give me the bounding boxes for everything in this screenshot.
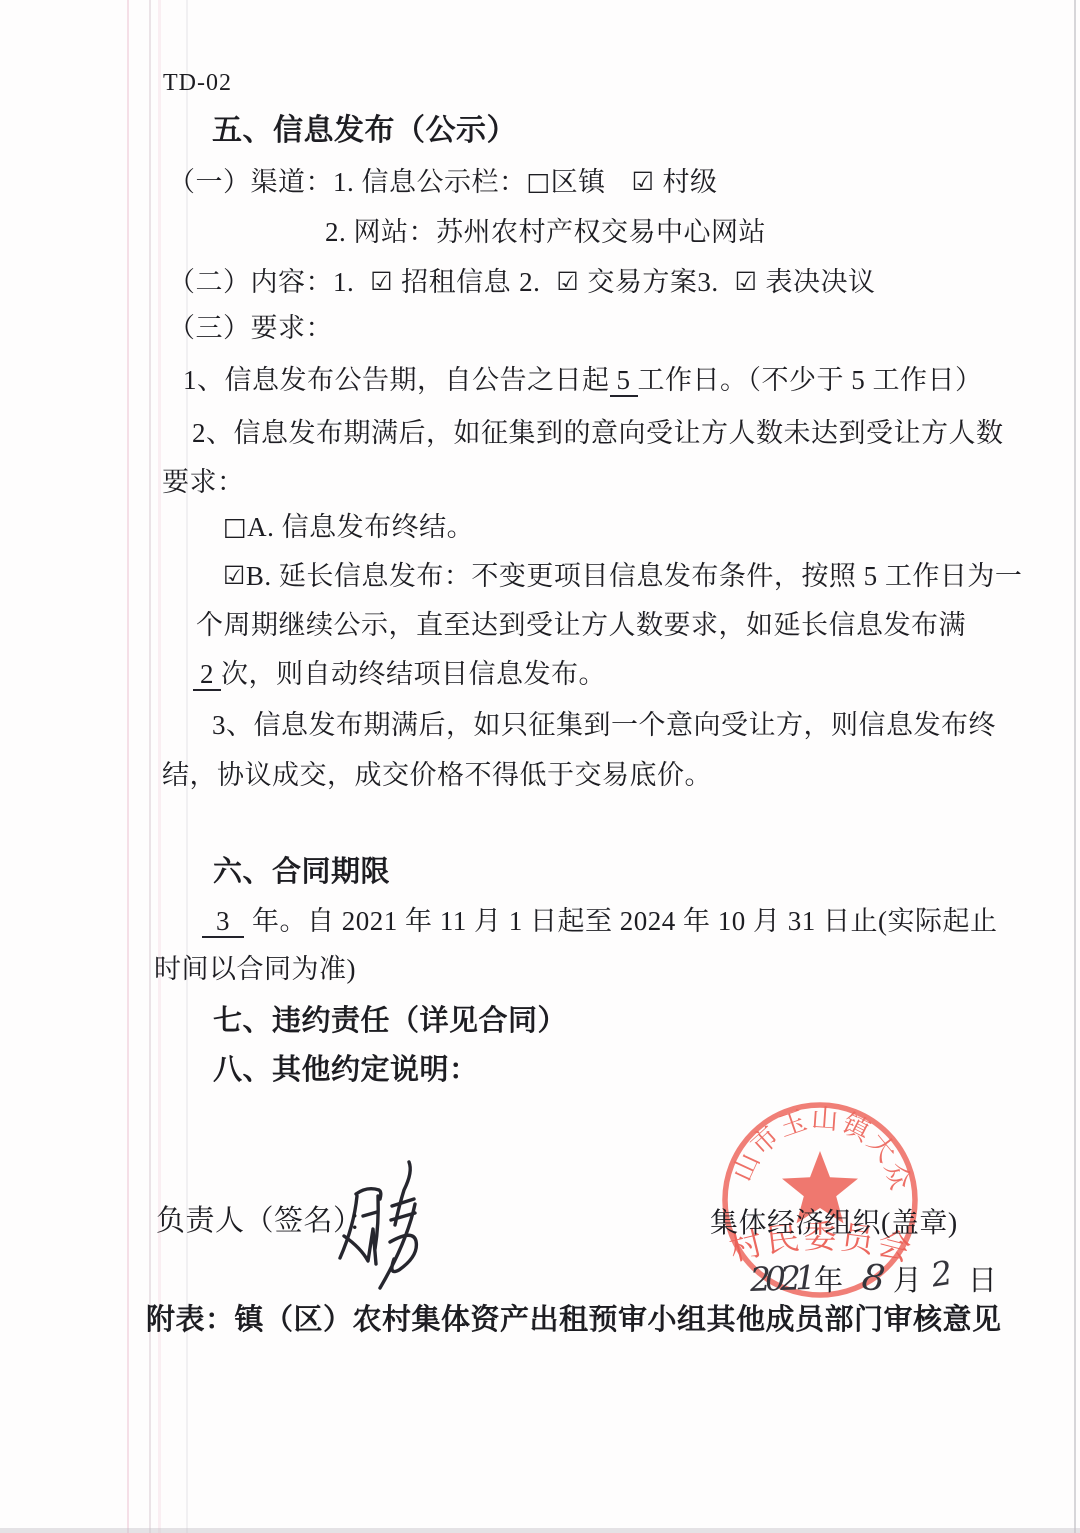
option-b-text1: B. 延长信息发布：不变更项目信息发布条件，按照 5 工作日为一 [246, 561, 1023, 591]
term-years-value: 3 [202, 908, 244, 938]
term-line1-post: 年。自 2021 年 11 月 1 日起至 2024 年 10 月 31 日止(… [252, 906, 998, 936]
date-year-handwritten: 2021 [749, 1257, 810, 1300]
date-year-unit: 年 [814, 1265, 844, 1297]
content-prefix: （二）内容：1. [168, 267, 354, 297]
option-a-line: □A. 信息发布终结。 [223, 511, 474, 545]
section8-heading: 八、其他约定说明： [213, 1052, 479, 1088]
checkbox-option-a-unchecked: □ [223, 512, 247, 541]
require-item1-post: 工作日。（不少于 5 工作日） [638, 365, 983, 395]
channel-website-line: 2. 网站：苏州农村产权交易中心网站 [325, 216, 766, 250]
option-b-text3: 次，则自动终结项目信息发布。 [221, 659, 606, 689]
signer-label: 负责人（签名）： [156, 1203, 378, 1239]
channel-option-town: 区镇 [551, 167, 606, 197]
date-day-handwritten: 2 [929, 1252, 957, 1296]
checkbox-option-b-checked: ☑ [223, 561, 246, 590]
content-line: （二）内容：1.☑招租信息2.☑交易方案3.☑表决决议 [168, 266, 876, 300]
section7-heading: 七、违约责任（详见合同） [213, 1003, 567, 1039]
page-right-edge [1074, 0, 1076, 1533]
form-code: TD-02 [163, 68, 232, 98]
checkbox-item2-checked: ☑ [556, 267, 579, 296]
require-item3-line2: 结，协议成交，成交价格不得低于交易底价。 [162, 759, 712, 793]
content-num3: 3. [697, 267, 718, 297]
option-b-line2: 个周期继续公示，直至达到受让方人数要求，如延长信息发布满 [196, 609, 966, 643]
content-item1: 招租信息 [401, 267, 511, 297]
date-day-unit: 日 [968, 1265, 998, 1297]
require-item1: 1、信息发布公告期，自公告之日起5工作日。（不少于 5 工作日） [183, 364, 983, 398]
page-bottom-shadow [0, 1528, 1080, 1533]
option-a-text: A. 信息发布终结。 [247, 512, 474, 542]
term-line1: 3年。自 2021 年 11 月 1 日起至 2024 年 10 月 31 日止… [202, 905, 998, 939]
require-item2-line2: 要求： [162, 466, 245, 500]
channel-option-village: 村级 [663, 167, 718, 197]
channel-prefix: （一）渠道：1. 信息公示栏： [168, 167, 527, 197]
content-num2: 2. [519, 267, 540, 297]
org-stamp-label: 集体经济组织(盖章) [710, 1206, 958, 1241]
extend-times-value: 2 [193, 661, 221, 691]
checkbox-item3-checked: ☑ [735, 267, 758, 296]
section5-heading: 五、信息发布（公示） [212, 112, 517, 150]
option-b-line3: 2次，则自动终结项目信息发布。 [193, 658, 606, 692]
date-month-unit: 月 [893, 1265, 923, 1297]
content-item2: 交易方案 [587, 267, 697, 297]
appendix-note: 附表：镇（区）农村集体资产出租预审小组其他成员部门审核意见 [146, 1302, 1002, 1338]
publish-days-value: 5 [610, 367, 638, 397]
checkbox-village-checked: ☑ [632, 167, 655, 196]
require-item1-pre: 1、信息发布公告期，自公告之日起 [183, 365, 610, 395]
require-heading: （三）要求： [168, 312, 333, 346]
checkbox-town-unchecked: □ [527, 167, 551, 196]
channel-line: （一）渠道：1. 信息公示栏：□区镇☑村级 [168, 166, 718, 200]
content-item3: 表决决议 [766, 267, 876, 297]
option-b-line1: ☑B. 延长信息发布：不变更项目信息发布条件，按照 5 工作日为一 [223, 560, 1022, 594]
term-line2: 时间以合同为准) [154, 953, 356, 987]
checkbox-item1-checked: ☑ [370, 267, 393, 296]
scan-artifact-line [127, 0, 129, 1533]
date-line: 2021年8月2日 [750, 1256, 997, 1301]
section6-heading: 六、合同期限 [213, 854, 390, 890]
require-item3-line1: 3、信息发布期满后，如只征集到一个意向受让方，则信息发布终 [212, 709, 996, 743]
require-item2-line1: 2、信息发布期满后，如征集到的意向受让方人数未达到受让方人数 [192, 417, 1004, 451]
date-month-handwritten: 8 [859, 1255, 887, 1302]
scanned-form-page: TD-02 五、信息发布（公示） （一）渠道：1. 信息公示栏：□区镇☑村级 2… [0, 0, 1080, 1533]
